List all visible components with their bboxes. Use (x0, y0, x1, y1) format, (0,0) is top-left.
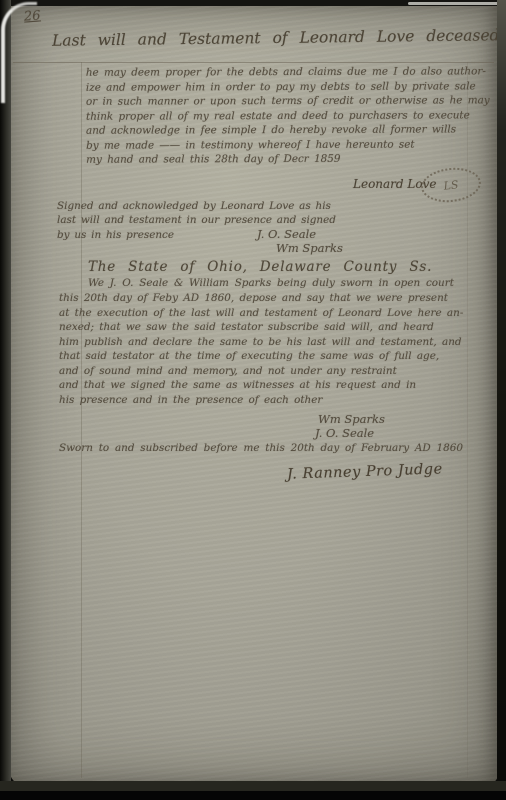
will-line: or in such manner or upon such terms of … (86, 93, 490, 109)
witness-signature: J. O. Seale (257, 227, 316, 241)
will-line: my hand and seal this 28th day of Decr 1… (86, 151, 490, 167)
will-line: by me made —— in testimony whereof I hav… (86, 137, 490, 153)
witness-signature: Wm Sparks (318, 412, 385, 426)
probate-body: this 20th day of Feby AD 1860, depose an… (59, 291, 463, 407)
probate-heading: The State of Ohio, Delaware County Ss. (88, 259, 432, 275)
will-line: and acknowledge in fee simple I do hereb… (86, 122, 490, 138)
witness-signature: Wm Sparks (276, 241, 343, 255)
probate-line: this 20th day of Feby AD 1860, depose an… (59, 291, 463, 306)
sleeve-corner-highlight (1, 2, 37, 103)
header-rule-line (13, 62, 494, 63)
probate-line: and that we signed the same as witnesses… (59, 378, 463, 393)
sworn-statement: Sworn to and subscribed before me this 2… (59, 442, 463, 454)
witness-signature: J. O. Seale (315, 426, 374, 440)
probate-line: that said testator at the time of execut… (59, 349, 463, 364)
attestation-line: last will and testament in our presence … (57, 213, 336, 227)
probate-line: nexed; that we saw the said testator sub… (59, 320, 463, 335)
attestation-line: Signed and acknowledged by Leonard Love … (57, 199, 336, 213)
probate-line: We J. O. Seale & William Sparks being du… (88, 277, 454, 289)
will-body: he may deem proper for the debts and cla… (86, 64, 490, 167)
binder-edge-highlight (408, 2, 500, 5)
seal-initials: LS (443, 178, 459, 192)
will-line: think proper all of my real estate and d… (86, 108, 490, 124)
scanned-document-photo: 26 Last will and Testament of Leonard Lo… (0, 0, 506, 800)
will-line: he may deem proper for the debts and cla… (86, 64, 490, 80)
photo-bottom-edge (0, 791, 506, 800)
probate-line: his presence and in the presence of each… (59, 393, 463, 408)
photo-left-edge (0, 0, 11, 792)
will-line: ize and empower him in order to pay my d… (86, 79, 490, 95)
probate-line: at the execution of the last will and te… (59, 306, 463, 321)
left-margin-line (81, 62, 82, 778)
probate-line: and of sound mind and memory, and not un… (59, 364, 463, 379)
photo-right-edge (497, 0, 506, 800)
probate-line: him publish and declare the same to be h… (59, 335, 463, 350)
